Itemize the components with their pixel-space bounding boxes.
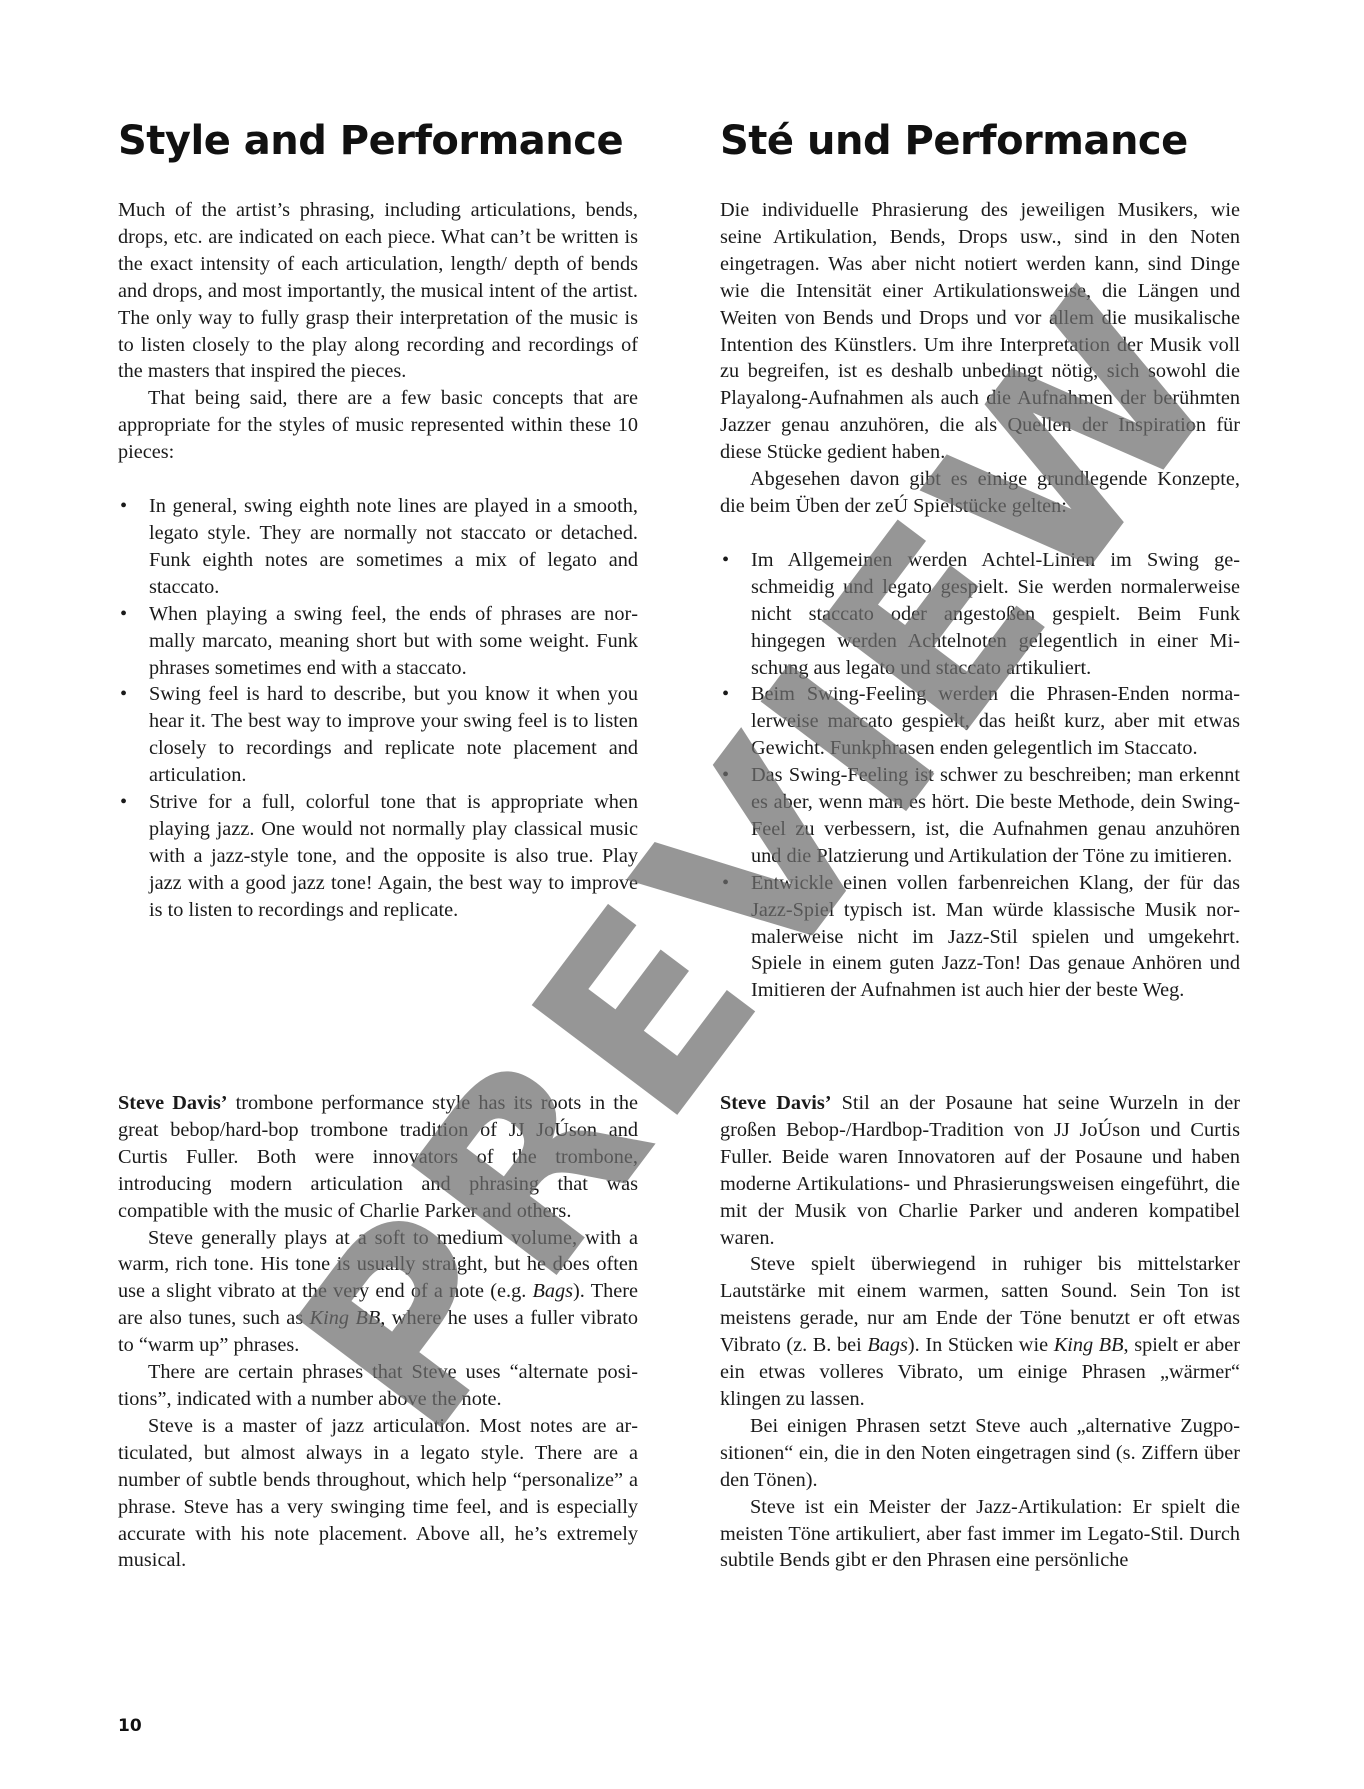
english-concepts-list: •In general, swing eighth note lines are… [118, 493, 638, 924]
bullet-icon: • [722, 762, 729, 789]
bio-paragraph: Steve generally plays at a soft to mediu… [118, 1225, 638, 1360]
page-title-german: Sté und Performance [720, 118, 1188, 164]
german-artist-bio: Steve Davis’ Stil an der Posaune hat sei… [720, 1090, 1240, 1574]
english-artist-bio: Steve Davis’ trombone performance style … [118, 1090, 638, 1574]
bio-paragraph: Steve Davis’ Stil an der Posaune hat sei… [720, 1090, 1240, 1251]
bullet-icon: • [120, 493, 127, 520]
list-item: •In general, swing eighth note lines are… [118, 493, 638, 601]
bullet-icon: • [722, 681, 729, 708]
bio-paragraph: Steve ist ein Meister der Jazz-Artikulat… [720, 1494, 1240, 1575]
bio-paragraph: There are certain phrases that Steve use… [118, 1359, 638, 1413]
english-style-section: Much of the artist’s phrasing, including… [118, 197, 638, 924]
list-item: •Swing feel is hard to describe, but you… [118, 681, 638, 789]
list-item-text: In general, swing eighth note lines are … [149, 495, 638, 598]
bullet-icon: • [120, 681, 127, 708]
german-concepts-paragraph: Abgesehen davon gibt es einige grundlege… [720, 466, 1240, 520]
page-title-english: Style and Performance [118, 118, 623, 164]
bio-text: ). In Stücken wie [908, 1334, 1054, 1356]
english-intro-paragraph: Much of the artist’s phrasing, including… [118, 197, 638, 385]
bio-paragraph: Steve spielt überwiegend in ruhiger bis … [720, 1251, 1240, 1412]
artist-name: Steve Davis’ [118, 1092, 227, 1114]
page-number: 10 [118, 1716, 142, 1736]
list-item-text: Beim Swing-Feeling werden die Phrasen-En… [751, 683, 1240, 759]
spacer [720, 520, 1240, 547]
list-item-text: When playing a swing feel, the ends of p… [149, 603, 638, 679]
bullet-icon: • [722, 547, 729, 574]
list-item: •Beim Swing-Feeling werden die Phrasen-E… [720, 681, 1240, 762]
bullet-icon: • [722, 870, 729, 897]
tune-title: Bags [867, 1334, 908, 1356]
list-item: •Strive for a full, colorful tone that i… [118, 789, 638, 924]
list-item-text: Entwickle einen vollen farbenreichen Kla… [751, 872, 1240, 1002]
list-item-text: Swing feel is hard to describe, but you … [149, 683, 638, 786]
german-style-section: Die individuelle Phrasierung des jeweili… [720, 197, 1240, 1004]
bio-text: Stil an der Posaune hat seine Wurzeln in… [720, 1092, 1240, 1249]
bullet-icon: • [120, 789, 127, 816]
list-item-text: Strive for a full, colorful tone that is… [149, 791, 638, 921]
german-concepts-list: •Im Allgemeinen werden Achtel-Linien im … [720, 547, 1240, 1004]
german-intro-paragraph: Die individuelle Phrasierung des jeweili… [720, 197, 1240, 466]
bio-paragraph: Steve is a master of jazz articulation. … [118, 1413, 638, 1574]
list-item: •When playing a swing feel, the ends of … [118, 601, 638, 682]
list-item: •Das Swing-Feeling ist schwer zu beschre… [720, 762, 1240, 870]
artist-name: Steve Davis’ [720, 1092, 832, 1114]
spacer [118, 466, 638, 493]
list-item: •Entwickle einen vollen farbenreichen Kl… [720, 870, 1240, 1005]
bio-paragraph: Steve Davis’ trombone performance style … [118, 1090, 638, 1225]
bullet-icon: • [120, 601, 127, 628]
tune-title: King BB [1054, 1334, 1124, 1356]
english-concepts-paragraph: That being said, there are a few basic c… [118, 385, 638, 466]
list-item: •Im Allgemeinen werden Achtel-Linien im … [720, 547, 1240, 682]
list-item-text: Das Swing-Feeling ist schwer zu beschrei… [751, 764, 1240, 867]
tune-title: King BB [310, 1307, 381, 1329]
bio-paragraph: Bei einigen Phrasen setzt Steve auch „al… [720, 1413, 1240, 1494]
tune-title: Bags [532, 1280, 573, 1302]
list-item-text: Im Allgemeinen werden Achtel-Linien im S… [751, 549, 1240, 679]
